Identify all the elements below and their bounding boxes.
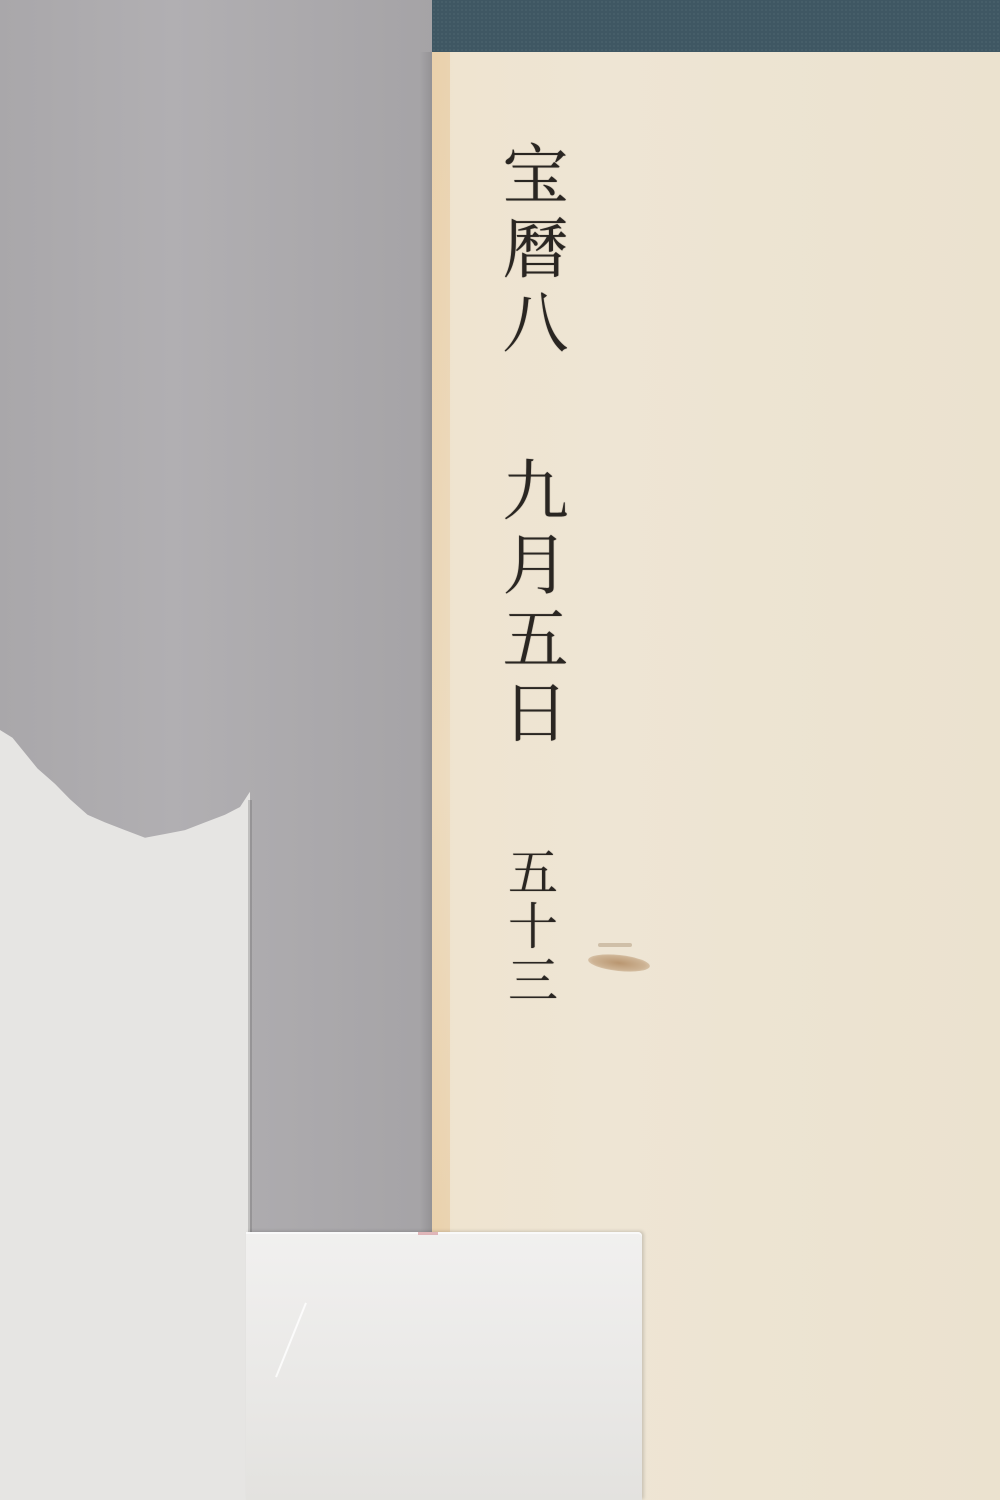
inscription-month-day: 九月五日 [496,456,562,752]
blue-mounting-band [432,0,1000,53]
faint-stroke-mark [598,943,632,947]
inscription-age: 五十三 [504,846,554,1008]
pink-mark [418,1232,438,1235]
inscription-era-year: 宝曆八 [496,140,562,362]
torn-white-sheet [0,730,250,1500]
calligraphy-inscription: 宝曆八 九月五日 五十三 [452,140,562,1008]
stone-weight-block [246,1232,642,1500]
